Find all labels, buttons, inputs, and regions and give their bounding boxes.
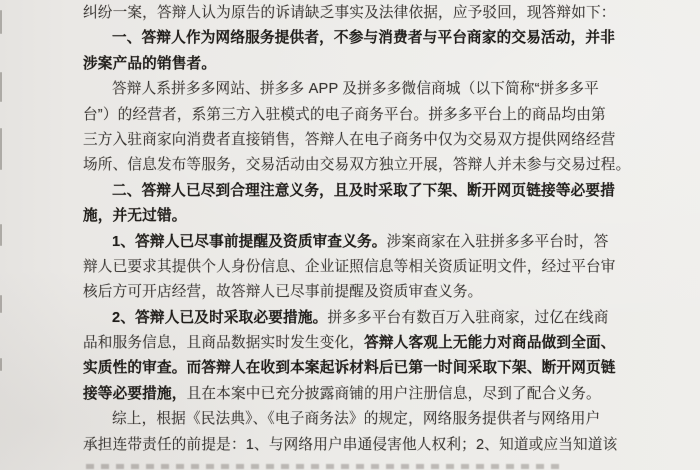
text-line: 场所、信息发布等服务，交易活动由交易双方独立开展，答辩人并未参与交易过程。 [83,153,639,178]
text-line: 纠纷一案，答辩人认为原告的诉请缺乏事实及法律依据，应予驳回，现答辩如下： [83,1,639,26]
text-segment: 品和服务信息，且商品数据实时发生变化， [83,335,364,351]
text-line: 台”）的经营者，系第三方入驻模式的电子商务平台。拼多多平台上的商品均由第 [83,103,639,128]
text-segment: 施，并无过错。 [83,208,187,224]
text-segment: 答辩人客观上无能力对商品做到全面、 [364,335,616,351]
scan-edge-artifact [0,295,2,313]
text-segment: 1、答辩人已尽事前提醒及资质审查义务。 [112,234,387,250]
text-line: 品和服务信息，且商品数据实时发生变化，答辩人客观上无能力对商品做到全面、 [83,331,639,356]
scan-edge-artifact [0,10,2,34]
text-segment: 涉案产品的销售者。 [83,56,216,72]
text-segment: 场所、信息发布等服务，交易活动由交易双方独立开展，答辩人并未参与交易过程。 [83,157,630,173]
text-segment: 辩人已要求其提供个人身份信息、企业证照信息等相关资质证明文件，经过平台审 [83,259,616,275]
text-line: 三方入驻商家向消费者直接销售，答辩人在电子商务中仅为交易双方提供网络经营 [83,128,639,153]
text-segment: 实质性的审查。而答辩人在收到本案起诉材料后已第一时间采取下架、断开网页链 [83,360,616,376]
text-line: 一、答辩人作为网络服务提供者，不参与消费者与平台商家的交易活动，并非 [83,26,639,51]
text-line: 答辩人系拼多多网站、拼多多 APP 及拼多多微信商城（以下简称“拼多多平 [83,77,639,102]
text-segment: 核后方可开店经营，故答辩人已尽事前提醒及资质审查义务。 [83,284,482,300]
text-line: 承担连带责任的前提是：1、与网络用户串通侵害他人权利；2、知道或应当知道该 [83,433,639,458]
text-segment: 答辩人系拼多多网站、拼多多 APP 及拼多多微信商城（以下简称“拼多多平 [112,81,599,97]
text-line: 施，并无过错。 [83,204,639,229]
text-line: 综上，根据《民法典》、《电子商务法》的规定，网络服务提供者与网络用户 [83,407,639,432]
text-line: 辩人已要求其提供个人身份信息、企业证照信息等相关资质证明文件，经过平台审 [83,255,639,280]
text-line: 1、答辩人已尽事前提醒及资质审查义务。涉案商家在入驻拼多多平台时，答 [83,230,639,255]
text-segment: 2、答辩人已及时采取必要措施。 [112,310,327,326]
text-segment: 且在本案中已充分披露商铺的用户注册信息，尽到了配合义务。 [187,386,601,402]
document-text: 纠纷一案，答辩人认为原告的诉请缺乏事实及法律依据，应予驳回，现答辩如下： 一、答… [83,1,639,458]
text-segment: 三方入驻商家向消费者直接销售，答辩人在电子商务中仅为交易双方提供网络经营 [83,132,616,148]
text-line: 接等必要措施，且在本案中已充分披露商铺的用户注册信息，尽到了配合义务。 [83,382,639,407]
text-segment: 涉案商家在入驻拼多多平台时，答 [387,234,609,250]
text-segment: 承担连带责任的前提是：1、与网络用户串通侵害他人权利；2、知道或应当知道该 [83,437,617,453]
text-line: 核后方可开店经营，故答辩人已尽事前提醒及资质审查义务。 [83,280,639,305]
text-segment: 纠纷一案，答辩人认为原告的诉请缺乏事实及法律依据，应予驳回，现答辩如下： [83,5,616,21]
text-line: 实质性的审查。而答辩人在收到本案起诉材料后已第一时间采取下架、断开网页链 [83,356,639,381]
text-segment: 一、答辩人作为网络服务提供者，不参与消费者与平台商家的交易活动，并非 [112,30,615,46]
text-line: 2、答辩人已及时采取必要措施。拼多多平台有数百万入驻商家，过亿在线商 [83,306,639,331]
scan-edge-artifact [0,358,2,371]
text-line: 涉案产品的销售者。 [83,52,639,77]
scan-edge-artifact [0,72,2,102]
text-segment: 台”）的经营者，系第三方入驻模式的电子商务平台。拼多多平台上的商品均由第 [83,107,606,123]
text-segment: 二、答辩人已尽到合理注意义务，且及时采取了下架、断开网页链接等必要措 [112,183,615,199]
clipped-bottom-text-line [86,464,564,469]
document-page: 纠纷一案，答辩人认为原告的诉请缺乏事实及法律依据，应予驳回，现答辩如下： 一、答… [0,0,700,470]
text-segment: 综上，根据《民法典》、《电子商务法》的规定，网络服务提供者与网络用户 [112,411,600,427]
text-line: 二、答辩人已尽到合理注意义务，且及时采取了下架、断开网页链接等必要措 [83,179,639,204]
text-segment: 拼多多平台有数百万入驻商家，过亿在线商 [327,310,608,326]
scan-edge-artifact [0,224,2,246]
scan-edge-artifact [0,128,2,170]
text-segment: 接等必要措施， [83,386,187,402]
